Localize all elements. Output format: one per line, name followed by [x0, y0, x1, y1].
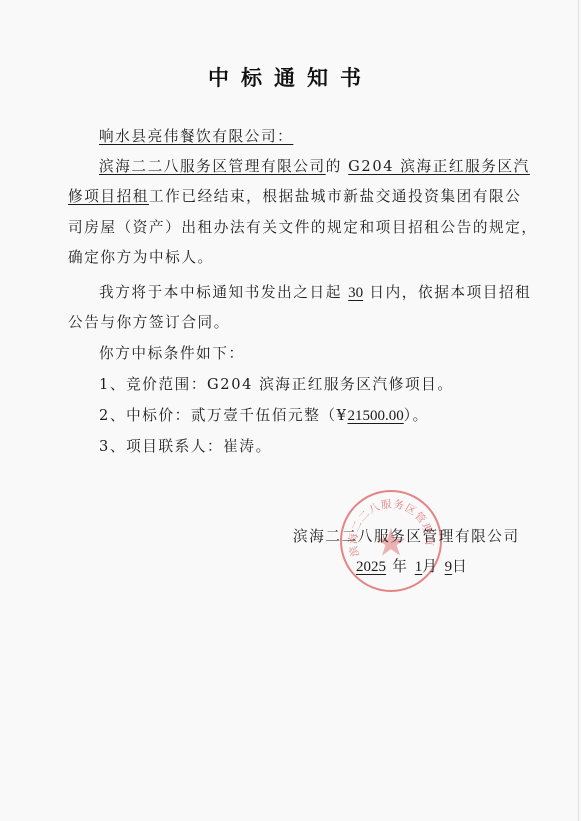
condition-2-suffix: ）。 — [404, 407, 429, 424]
paragraph-1-line-2: 修项目招租工作已经结束，根据盐城市新盐交通投资集团有限公 — [68, 187, 521, 207]
document-title: 中标通知书 — [0, 62, 581, 92]
paragraph-1-line-3: 司房屋（资产）出租办法有关文件的规定和项目招租公告的规定， — [68, 218, 538, 238]
conditions-intro: 你方中标条件如下： — [99, 344, 245, 364]
addressee: 响水县亮伟餐饮有限公司： — [99, 127, 293, 147]
paragraph-1-line-4: 确定你方为中标人。 — [68, 248, 214, 268]
paragraph-2-suffix: 日内，依据本项目招租 — [369, 284, 531, 301]
connector-text: 的 — [326, 158, 342, 175]
date-day-label: 日 — [452, 558, 468, 575]
svg-text:滨海二二八服务区管理有限公司: 滨海二二八服务区管理有限公司 — [342, 492, 436, 558]
issuer-name: 滨海二二八服务区管理有限公司 — [99, 158, 326, 175]
date-year-label: 年 — [392, 558, 408, 575]
addressee-name: 响水县亮伟餐饮有限公司： — [99, 128, 293, 145]
seal-text: 滨海二二八服务区管理有限公司 — [342, 492, 436, 558]
contract-days: 30 — [348, 285, 363, 301]
document-page: 中标通知书 响水县亮伟餐饮有限公司： 滨海二二八服务区管理有限公司的 G204 … — [0, 0, 581, 821]
signature-date: 2025 年 1月 9日 — [356, 557, 468, 577]
page-edge — [578, 0, 579, 821]
date-month-label: 月 — [422, 558, 438, 575]
paragraph-2-prefix: 我方将于本中标通知书发出之日起 — [99, 284, 342, 301]
project-name-part-1: G204 滨海正红服务区汽 — [348, 158, 530, 175]
paragraph-2-line-1: 我方将于本中标通知书发出之日起 30 日内，依据本项目招租 — [99, 283, 531, 303]
paragraph-2-line-2: 公告与你方签订合同。 — [68, 313, 230, 333]
bid-amount: 21500.00 — [347, 408, 403, 424]
paragraph-1-text: 工作已经结束，根据盐城市新盐交通投资集团有限公 — [149, 188, 521, 205]
condition-1: 1、竞价范围：G204 滨海正红服务区汽修项目。 — [99, 375, 454, 395]
condition-2-prefix: 2、中标价：贰万壹千伍佰元整（¥ — [99, 407, 347, 424]
date-year: 2025 — [356, 559, 386, 575]
condition-2: 2、中标价：贰万壹千伍佰元整（¥21500.00）。 — [99, 406, 429, 426]
paragraph-1-line-1: 滨海二二八服务区管理有限公司的 G204 滨海正红服务区汽 — [99, 157, 530, 177]
signature-company: 滨海二二八服务区管理有限公司 — [293, 527, 520, 547]
project-name-part-2: 修项目招租 — [68, 188, 149, 205]
condition-3: 3、项目联系人：崔涛。 — [99, 437, 272, 457]
